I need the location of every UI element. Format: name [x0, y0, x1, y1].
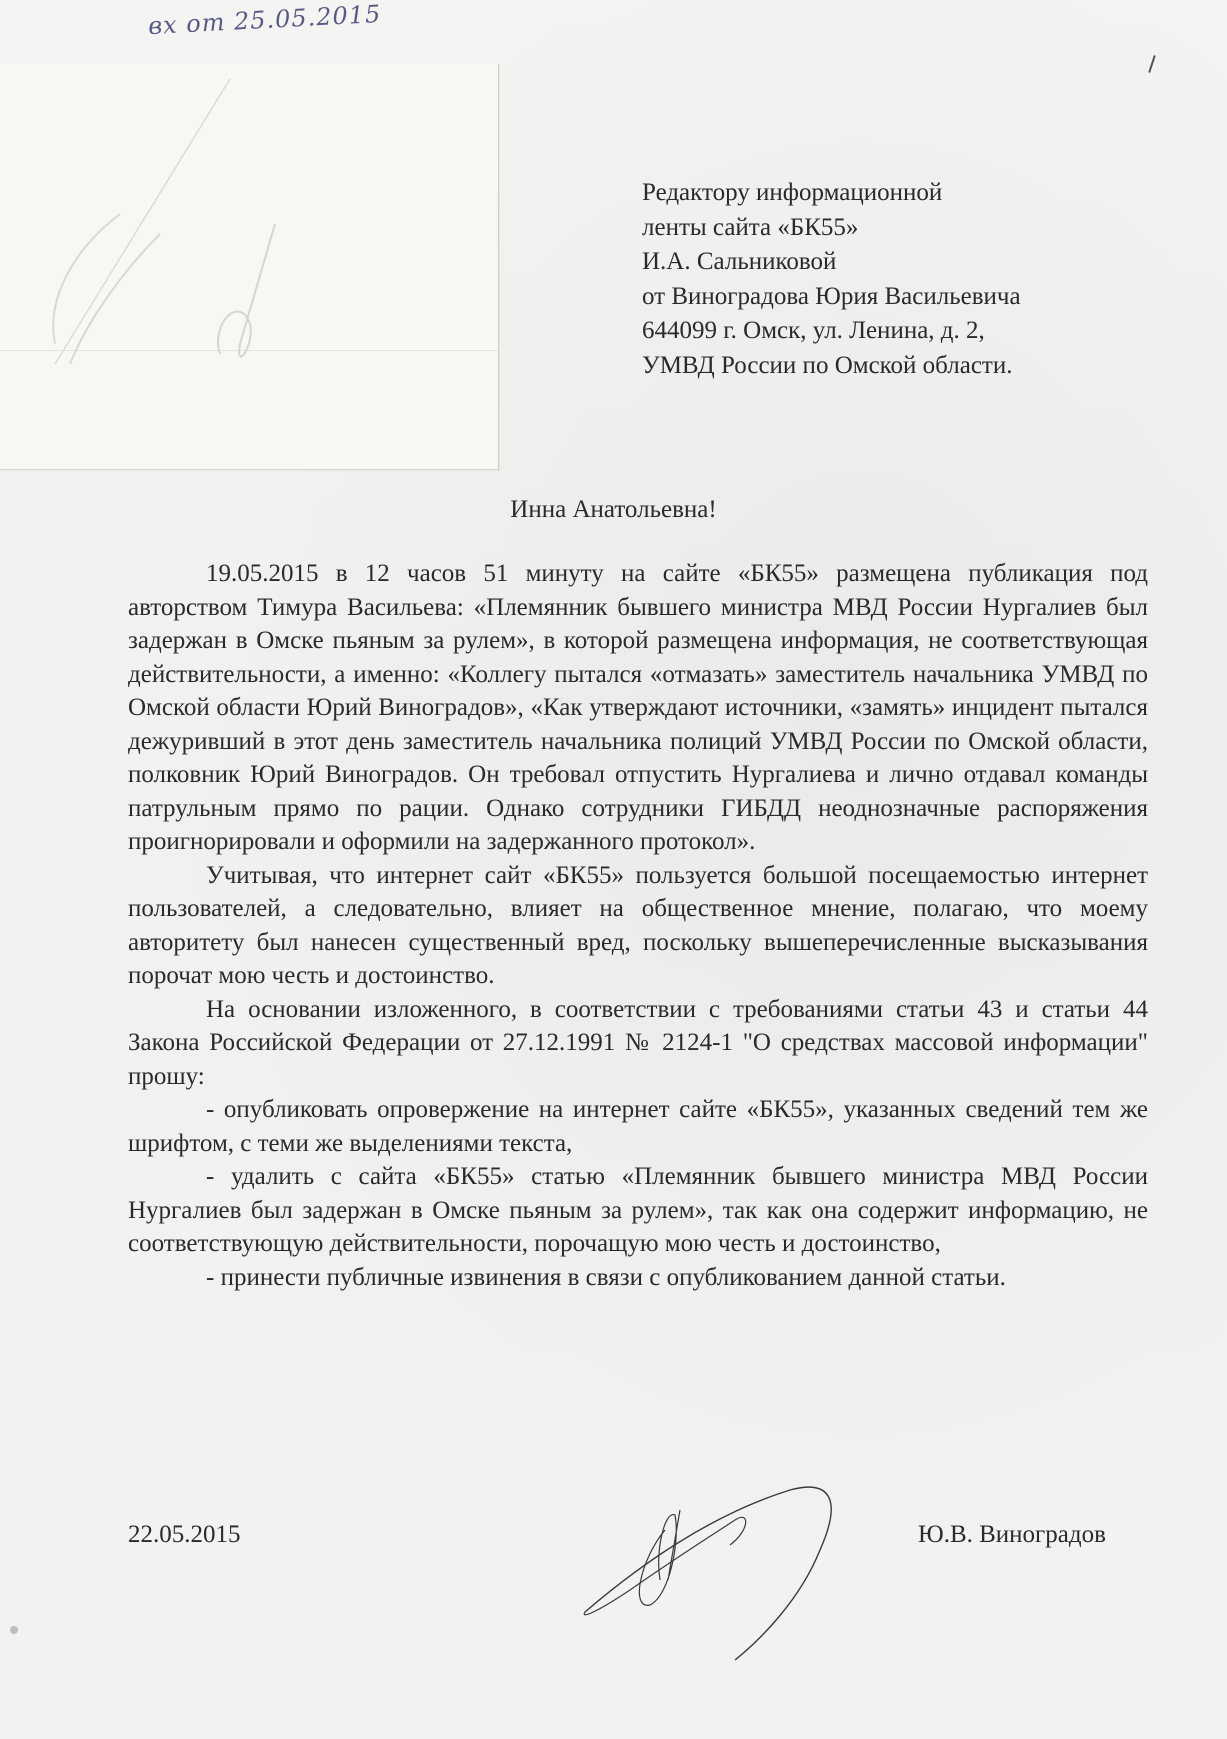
addressee-block: Редактору информационной ленты сайта «БК…	[642, 176, 1021, 383]
addressee-line: УМВД России по Омской области.	[642, 349, 1021, 384]
signer-name: Ю.В. Виноградов	[918, 1521, 1106, 1549]
scan-speck	[10, 1626, 18, 1634]
handwritten-signature	[560, 1470, 850, 1670]
request-item: - опубликовать опровержение на интернет …	[128, 1093, 1148, 1160]
salutation: Инна Анатольевна!	[0, 496, 1227, 524]
attached-note-sheet	[0, 64, 499, 470]
addressee-line: И.А. Сальниковой	[642, 245, 1021, 280]
body-paragraph: Учитывая, что интернет сайт «БК55» польз…	[128, 859, 1148, 993]
faint-resolution-handwriting	[0, 64, 498, 469]
request-item: - принести публичные извинения в связи с…	[128, 1261, 1148, 1295]
addressee-line: от Виноградова Юрия Васильевича	[642, 280, 1021, 315]
addressee-line: 644099 г. Омск, ул. Ленина, д. 2,	[642, 314, 1021, 349]
body-paragraph: 19.05.2015 в 12 часов 51 минуту на сайте…	[128, 557, 1148, 859]
addressee-line: ленты сайта «БК55»	[642, 211, 1021, 246]
letter-date: 22.05.2015	[128, 1521, 241, 1549]
addressee-line: Редактору информационной	[642, 176, 1021, 211]
body-paragraph: На основании изложенного, в соответствии…	[128, 993, 1148, 1094]
request-item: - удалить с сайта «БК55» статью «Племянн…	[128, 1160, 1148, 1261]
letter-body: 19.05.2015 в 12 часов 51 минуту на сайте…	[128, 557, 1148, 1294]
